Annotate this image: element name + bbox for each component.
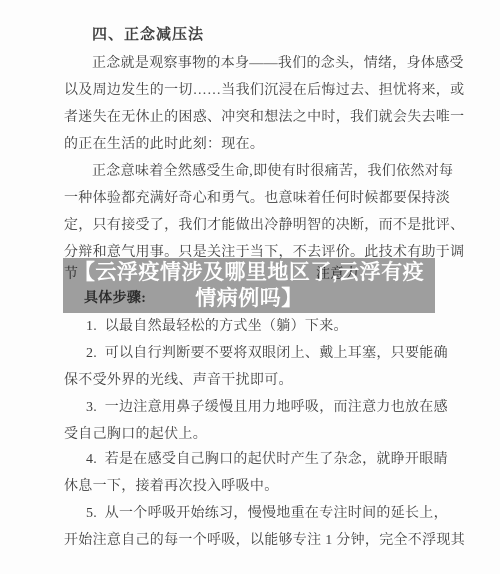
doc-line: 4. 若是在感受自己胸口的起伏时产生了杂念，就睁开眼睛 bbox=[86, 451, 448, 469]
overlay-title-line2: 情病例吗】 bbox=[195, 286, 303, 312]
doc-line: 1. 以最自然最轻松的方式坐（躺）下来。 bbox=[86, 318, 348, 336]
doc-line: 正念意味着全然感受生命,即使有时很痛苦，我们依然对每 bbox=[92, 163, 453, 181]
doc-line: 者迷失在无休止的困惑、冲突和想法之中时，我们就会失去唯一 bbox=[64, 109, 464, 127]
doc-line: 受自己胸口的起伏上。 bbox=[64, 426, 207, 444]
doc-line: 四、正念减压法 bbox=[92, 26, 204, 44]
doc-line: 正念就是观察事物的本身——我们的念头，情绪，身体感受 bbox=[92, 55, 464, 73]
doc-line: 的正在生活的此时此刻：现在。 bbox=[64, 136, 264, 154]
doc-line: 开始注意自己的每一个呼吸，以能够专注 1 分钟，完全不浮现其 bbox=[64, 532, 465, 550]
document-page: 四、正念减压法正念就是观察事物的本身——我们的念头，情绪，身体感受以及周边发生的… bbox=[0, 0, 500, 574]
doc-line: 定，只有接受了，我们才能做出冷静明智的决断，而不是批评、 bbox=[64, 217, 464, 235]
doc-line: 3. 一边注意用鼻子缓慢且用力地呼吸，而注意力也放在感 bbox=[86, 399, 448, 417]
doc-line: 保不受外界的光线、声音干扰即可。 bbox=[64, 372, 293, 390]
doc-line: 5. 从一个呼吸开始练习，慢慢地重在专注时间的延长上， bbox=[86, 505, 448, 523]
doc-line: 休息一下，接着再次投入呼吸中。 bbox=[64, 478, 279, 496]
doc-line: 2. 可以自行判断要不要将双眼闭上、戴上耳塞，只要能确 bbox=[86, 345, 448, 363]
doc-line: 以及周边发生的一切……当我们沉浸在后悔过去、担忧将来，或 bbox=[64, 82, 464, 100]
doc-line: 一种体验都充满好奇心和勇气。也意味着任何时候都要保持淡 bbox=[64, 190, 450, 208]
overlay-banner: 【云浮疫情涉及哪里地区了,云浮有疫 情病例吗】 bbox=[63, 258, 435, 313]
overlay-title-line1: 【云浮疫情涉及哪里地区了,云浮有疫 bbox=[74, 260, 424, 286]
